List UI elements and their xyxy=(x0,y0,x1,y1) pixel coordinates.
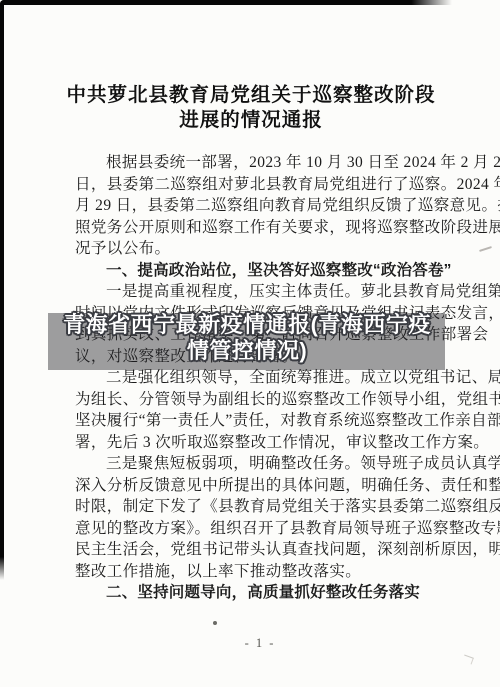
doc-text-line: 意见的整改方案》。组织召开了县教育局领导班子巡察整改专题 xyxy=(75,518,445,540)
doc-text-line: 民主生活会，党组书记带头认真查找问题，深刻剖析原因，明确 xyxy=(75,539,445,561)
doc-text-line: 为组长、分管领导为副组长的巡察整改工作领导小组，党组书记 xyxy=(75,389,445,411)
scan-speck-right-edge xyxy=(479,246,492,252)
doc-text-line: 深入分析反馈意见中所提出的具体问题，明确任务、责任和整改 xyxy=(75,475,445,497)
doc-text-line: 一是提高重视程度，压实主体责任。萝北县教育局党组第一 xyxy=(75,281,445,303)
document-title-line2: 进展的情况通报 xyxy=(58,108,444,133)
scan-edge-top xyxy=(0,0,452,5)
scanned-document-page: 中共萝北县教育局党组关于巡察整改阶段 进展的情况通报 根据县委统一部署，2023… xyxy=(0,0,500,687)
doc-heading-line: 一、提高政治站位，坚决答好巡察整改“政治答卷” xyxy=(75,260,445,282)
scan-speck-dot xyxy=(213,621,217,625)
scan-speck-bottom-right xyxy=(462,655,474,665)
document-title: 中共萝北县教育局党组关于巡察整改阶段 进展的情况通报 xyxy=(58,83,444,133)
doc-text-line: 根据县委统一部署，2023 年 10 月 30 日至 2024 年 2 月 27 xyxy=(75,152,445,174)
watermark-title-line1: 青海省西宁最新疫情通报(青海西宁疫 xyxy=(27,312,467,338)
document-title-line1: 中共萝北县教育局党组关于巡察整改阶段 xyxy=(58,83,444,108)
doc-text-line: 二是强化组织领导，全面统筹推进。成立以党组书记、局长 xyxy=(75,367,445,389)
doc-heading-line: 二、坚持问题导向，高质量抓好整改任务落实 xyxy=(75,582,445,604)
page-number: - 1 - xyxy=(75,636,445,651)
doc-text-line: 三是聚焦短板弱项，明确整改任务。领导班子成员认真学习、 xyxy=(75,453,445,475)
doc-text-line: 况予以公布。 xyxy=(75,238,445,260)
doc-text-line: 整改工作措施，以上率下推动整改落实。 xyxy=(75,561,445,583)
doc-body: 根据县委统一部署，2023 年 10 月 30 日至 2024 年 2 月 27… xyxy=(75,152,445,604)
doc-text-line: 日，县委第二巡察组对萝北县教育局党组进行了巡察。2024 年 3 xyxy=(75,174,445,196)
doc-text-line: 署，先后 3 次听取巡察整改工作情况，审议整改工作方案。 xyxy=(75,432,445,454)
watermark-title-line2: 情管控情况) xyxy=(27,338,467,364)
doc-text-line: 坚决履行“第一责任人”责任，对教育系统巡察整改工作亲自部 xyxy=(75,410,445,432)
scan-edge-left xyxy=(0,0,4,580)
doc-text-line: 照党务公开原则和巡察工作有关要求，现将巡察整改阶段进展情 xyxy=(75,217,445,239)
doc-text-line: 月 29 日，县委第二巡察组向教育局党组织反馈了巡察意见。按 xyxy=(75,195,445,217)
watermark-title: 青海省西宁最新疫情通报(青海西宁疫 情管控情况) xyxy=(27,312,467,364)
doc-text-line: 时限，制定下发了《县教育局党组关于落实县委第二巡察组反馈 xyxy=(75,496,445,518)
